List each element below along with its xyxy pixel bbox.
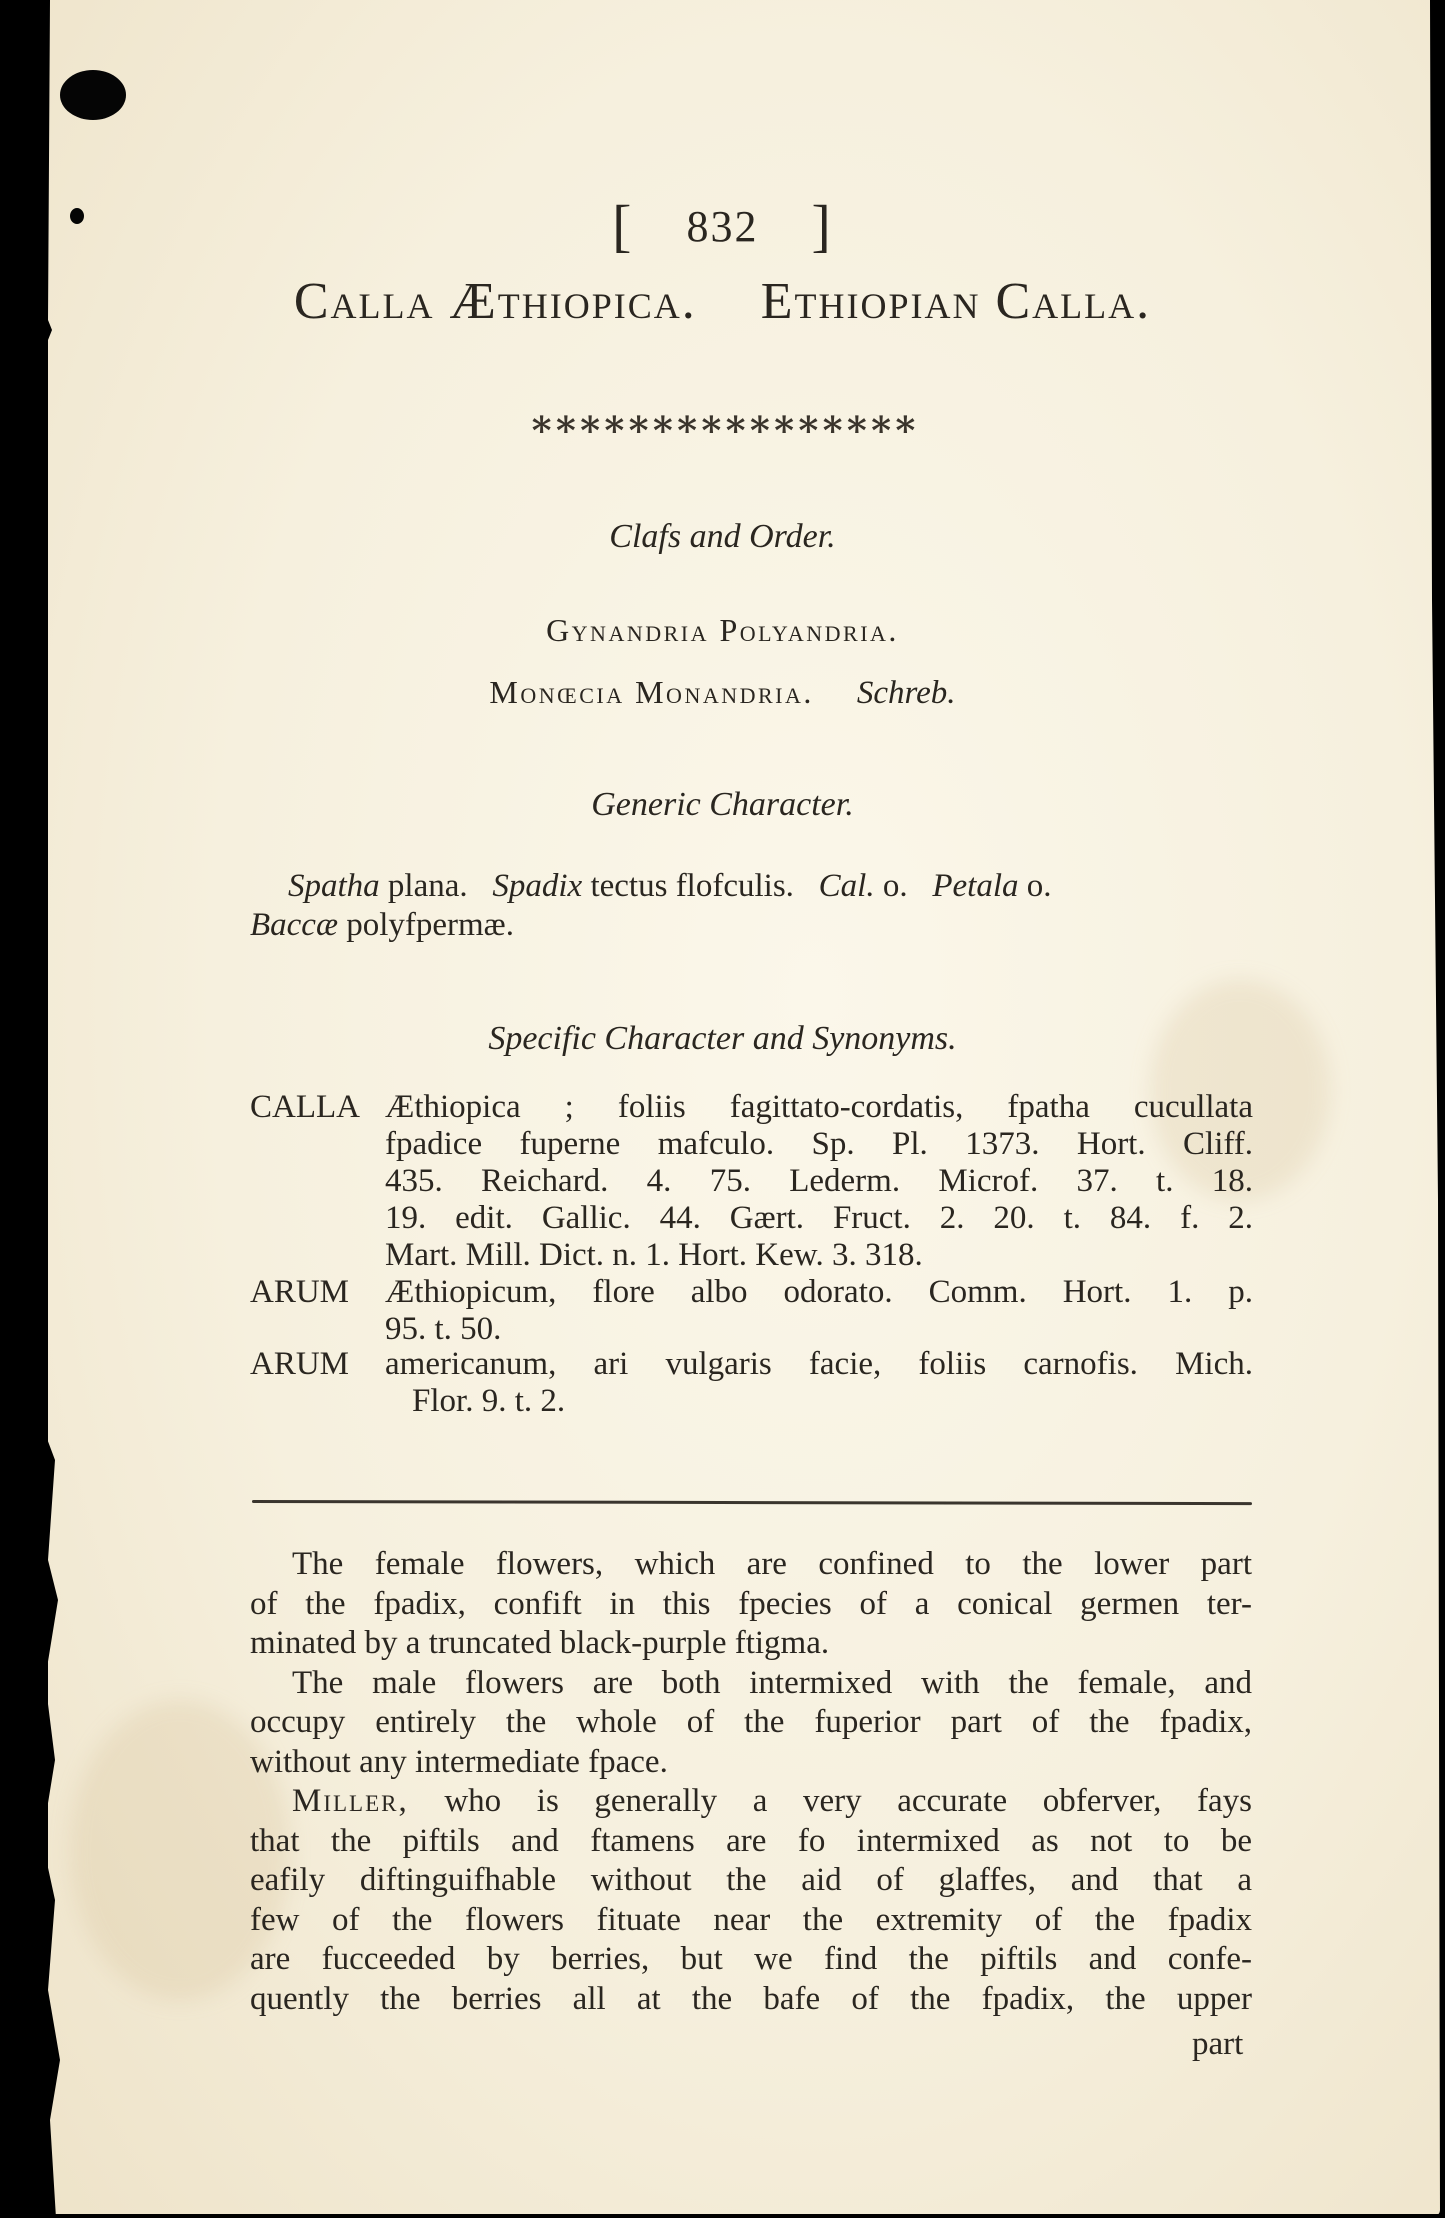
paragraph-line: quently the berries all at the bafe of t… <box>250 1980 1252 2020</box>
synonym-label: ARUM <box>250 1273 349 1313</box>
bracket-close: ] <box>812 193 833 258</box>
class-order-heading: Clafs and Order. <box>0 518 1445 556</box>
paragraph-line: The male flowers are both intermixed wit… <box>292 1664 1252 1704</box>
asterisk-ornament: ∗∗∗∗∗∗∗∗∗∗∗∗∗∗∗∗ <box>0 400 1445 446</box>
page-title: Calla Æthiopica. Ethiopian Calla. <box>0 272 1445 331</box>
generic-text: polyfpermæ. <box>338 907 514 943</box>
paragraph-line: eafily diftinguifhable without the aid o… <box>250 1861 1252 1901</box>
generic-term: Spadix <box>492 868 582 904</box>
generic-term: Cal. <box>819 868 875 904</box>
paragraph-line: Miller, who is generally a very accurate… <box>292 1782 1252 1822</box>
title-species: Æthiopica. <box>450 273 697 330</box>
bracket-open: [ <box>612 193 633 258</box>
generic-text: o. <box>1019 868 1052 904</box>
synonym-line: Æthiopica ; foliis fagittato-cordatis, f… <box>385 1088 1253 1128</box>
title-genus: Calla <box>294 273 435 330</box>
synonym-label: CALLA <box>250 1088 360 1128</box>
synonym-line: Flor. 9. t. 2. <box>412 1382 565 1422</box>
synonym-line: 19. edit. Gallic. 44. Gært. Fruct. 2. 20… <box>385 1199 1253 1239</box>
specific-character-heading: Specific Character and Synonyms. <box>0 1020 1445 1058</box>
class-order-author: Schreb. <box>857 675 956 711</box>
page-number: [ 832 ] <box>0 192 1445 259</box>
generic-character-line-1: Spatha plana. Spadix tectus flofculis. C… <box>288 867 1252 907</box>
generic-term: Spatha <box>288 868 380 904</box>
generic-term: Baccæ <box>250 907 338 943</box>
paragraph-line: occupy entirely the whole of the fuperio… <box>250 1703 1252 1743</box>
page-number-value: 832 <box>647 202 799 251</box>
generic-text: plana. <box>380 868 493 904</box>
class-order-line-1: Gynandria Polyandria. <box>0 612 1445 649</box>
paragraph-line: that the piftils and ftamens are fo inte… <box>250 1822 1252 1862</box>
generic-term: Petala <box>932 868 1018 904</box>
class-order-line-2-text: Monœcia Monandria. <box>489 674 813 710</box>
paragraph-line: The female flowers, which are confined t… <box>292 1545 1252 1585</box>
synonym-line: americanum, ari vulgaris facie, foliis c… <box>385 1345 1253 1385</box>
author-name-miller: Miller, <box>292 1782 409 1822</box>
synonym-line: Mart. Mill. Dict. n. 1. Hort. Kew. 3. 31… <box>385 1236 923 1276</box>
paragraph-line: of the fpadix, confift in this fpecies o… <box>250 1585 1252 1625</box>
synonym-line: 435. Reichard. 4. 75. Lederm. Microf. 37… <box>385 1162 1253 1202</box>
generic-text: tectus flofculis. <box>582 868 818 904</box>
paper-hole <box>60 70 126 120</box>
paragraph-line: without any intermediate fpace. <box>250 1743 668 1783</box>
paragraph-line: are fucceeded by berries, but we find th… <box>250 1940 1252 1980</box>
paragraph-line: few of the flowers fituate near the extr… <box>250 1901 1252 1941</box>
class-order-line-2: Monœcia Monandria. Schreb. <box>0 674 1445 712</box>
paragraph-line-rest: who is generally a very accurate obferve… <box>409 1782 1252 1822</box>
generic-text: o. <box>875 868 933 904</box>
generic-character-line-2: Baccæ polyfpermæ. <box>250 906 514 946</box>
catchword: part <box>1192 2025 1243 2065</box>
synonym-line: fpadice fuperne mafculo. Sp. Pl. 1373. H… <box>385 1125 1253 1165</box>
paragraph-line: minated by a truncated black-purple ftig… <box>250 1624 829 1664</box>
synonym-line: 95. t. 50. <box>385 1310 501 1350</box>
title-common-name: Ethiopian Calla. <box>761 273 1151 330</box>
synonym-line: Æthiopicum, flore albo odorato. Comm. Ho… <box>385 1273 1253 1313</box>
synonym-label: ARUM <box>250 1345 349 1385</box>
generic-character-heading: Generic Character. <box>0 786 1445 824</box>
